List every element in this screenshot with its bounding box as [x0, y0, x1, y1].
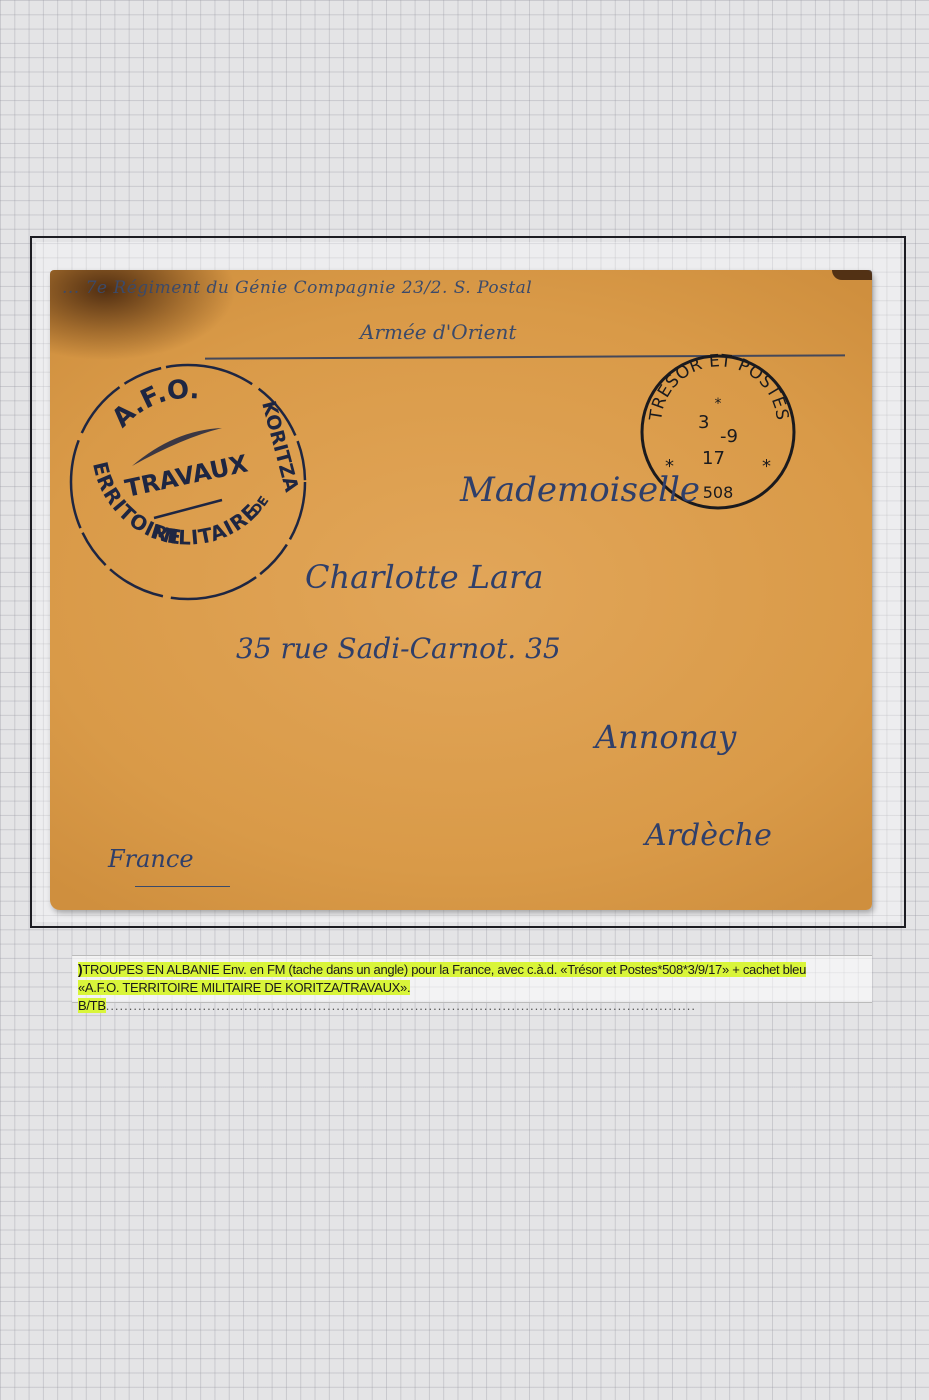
address-street: 35 rue Sadi-Carnot. 35 — [236, 632, 561, 665]
afo-top-text: A.F.O. — [106, 374, 200, 433]
svg-text:TERRITOIRE: TERRITOIRE — [64, 358, 184, 549]
svg-text:TRESOR ET POSTES: TRESOR ET POSTES — [646, 352, 792, 423]
caption-strip: )TROUPES EN ALBANIE Env. en FM (tache da… — [72, 955, 872, 1003]
army-line: Armée d'Orient — [360, 320, 516, 344]
caption-text: )TROUPES EN ALBANIE Env. en FM (tache da… — [78, 960, 868, 1015]
envelope: ... 7e Régiment du Génie Compagnie 23/2.… — [50, 270, 872, 910]
caption-title: TROUPES EN ALBANIE — [82, 962, 219, 977]
svg-text:MILITAIRE: MILITAIRE — [148, 499, 264, 550]
cad-day: 3 — [698, 412, 709, 433]
afo-ring-left: TERRITOIRE — [64, 358, 184, 549]
afo-ring-right: KORITZA — [257, 399, 302, 495]
cad-month: -9 — [720, 426, 738, 447]
caption-line1: Env. en FM (tache dans un angle) pour la… — [219, 962, 806, 977]
cad-year: 17 — [702, 448, 725, 469]
address-title: Mademoiselle — [460, 470, 700, 510]
afo-ring-bottom: MILITAIRE — [148, 499, 264, 550]
address-city: Annonay — [595, 718, 736, 756]
cad-star-right: * — [762, 456, 771, 477]
cad-bottom-text: 508 — [703, 483, 734, 502]
svg-text:A.F.O.: A.F.O. — [106, 374, 200, 433]
caption-dots: ........................................… — [106, 998, 696, 1013]
address-name: Charlotte Lara — [305, 558, 544, 596]
sender-line: ... 7e Régiment du Génie Compagnie 23/2.… — [62, 278, 532, 298]
stain-corner — [832, 270, 872, 280]
afo-cachet-stamp: A.F.O. TERRITOIRE MILITAIRE DE KORITZA T… — [64, 358, 312, 606]
cad-ring-text: TRESOR ET POSTES — [646, 352, 792, 423]
address-department: Ardèche — [645, 818, 772, 853]
afo-center-text: TRAVAUX — [122, 449, 250, 502]
address-country: France — [108, 845, 194, 873]
cad-star-top: * — [715, 396, 722, 412]
country-underline — [135, 886, 230, 887]
